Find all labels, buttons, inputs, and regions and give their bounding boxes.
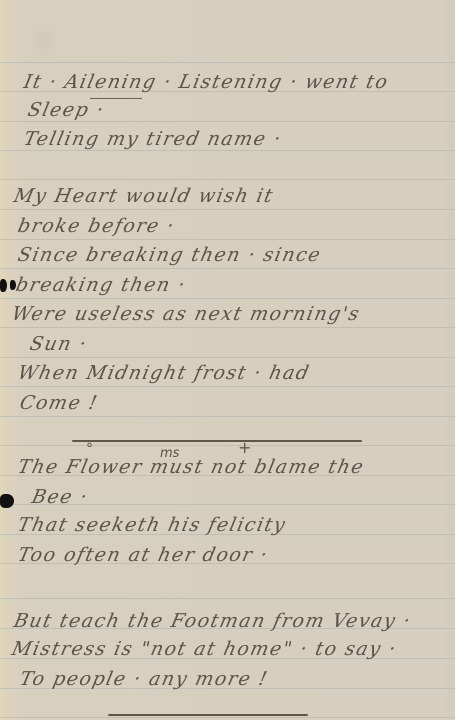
poem-line: That seeketh his felicity xyxy=(16,516,288,535)
ruled-line xyxy=(0,239,455,240)
poem-line: Were useless as next morning's xyxy=(10,305,362,324)
poem-line: My Heart would wish it xyxy=(12,187,275,206)
poem-line: Too often at her door · xyxy=(16,546,270,565)
ruled-line xyxy=(0,150,455,151)
poem-line: Since breaking then · since xyxy=(16,246,323,265)
section-divider xyxy=(72,440,362,442)
ruled-line xyxy=(0,121,455,122)
manuscript-page: It · Ailening · Listening · went to Slee… xyxy=(0,0,455,720)
poem-line: breaking then · xyxy=(14,276,188,295)
poem-line: Telling my tired name · xyxy=(22,130,284,149)
poem-line: Mistress is "not at home" · to say · xyxy=(10,640,399,659)
ruled-line xyxy=(0,357,455,358)
poem-line: Sun · xyxy=(28,335,89,354)
ruled-line xyxy=(0,298,455,299)
poem-line: But teach the Footman from Vevay · xyxy=(12,612,413,631)
ruled-line xyxy=(0,445,455,446)
poem-line: Sleep · xyxy=(26,101,106,120)
ruled-line xyxy=(0,598,455,599)
ruled-line xyxy=(0,416,455,417)
cross-mark: + xyxy=(238,440,251,456)
ruled-line xyxy=(0,179,455,180)
poem-line: When Midnight frost · had xyxy=(16,364,312,383)
end-divider xyxy=(108,714,308,716)
poem-line: Bee · xyxy=(30,488,90,507)
poem-line: It · Ailening · Listening · went to xyxy=(22,73,390,92)
ruled-line xyxy=(0,268,455,269)
ruled-line xyxy=(0,209,455,210)
embossed-stamp xyxy=(30,22,58,60)
ruled-line xyxy=(0,717,455,718)
ruled-line xyxy=(0,386,455,387)
ruled-line xyxy=(0,327,455,328)
ruled-line xyxy=(0,62,455,63)
binding-hole-mark xyxy=(0,494,14,508)
poem-line: To people · any more ! xyxy=(18,670,270,689)
poem-line: broke before · xyxy=(16,217,177,236)
poem-line: The Flower must not blame the xyxy=(16,458,366,477)
poem-line: Come ! xyxy=(18,394,100,413)
binding-hole-mark xyxy=(0,279,7,292)
circle-mark: ° xyxy=(86,442,93,456)
